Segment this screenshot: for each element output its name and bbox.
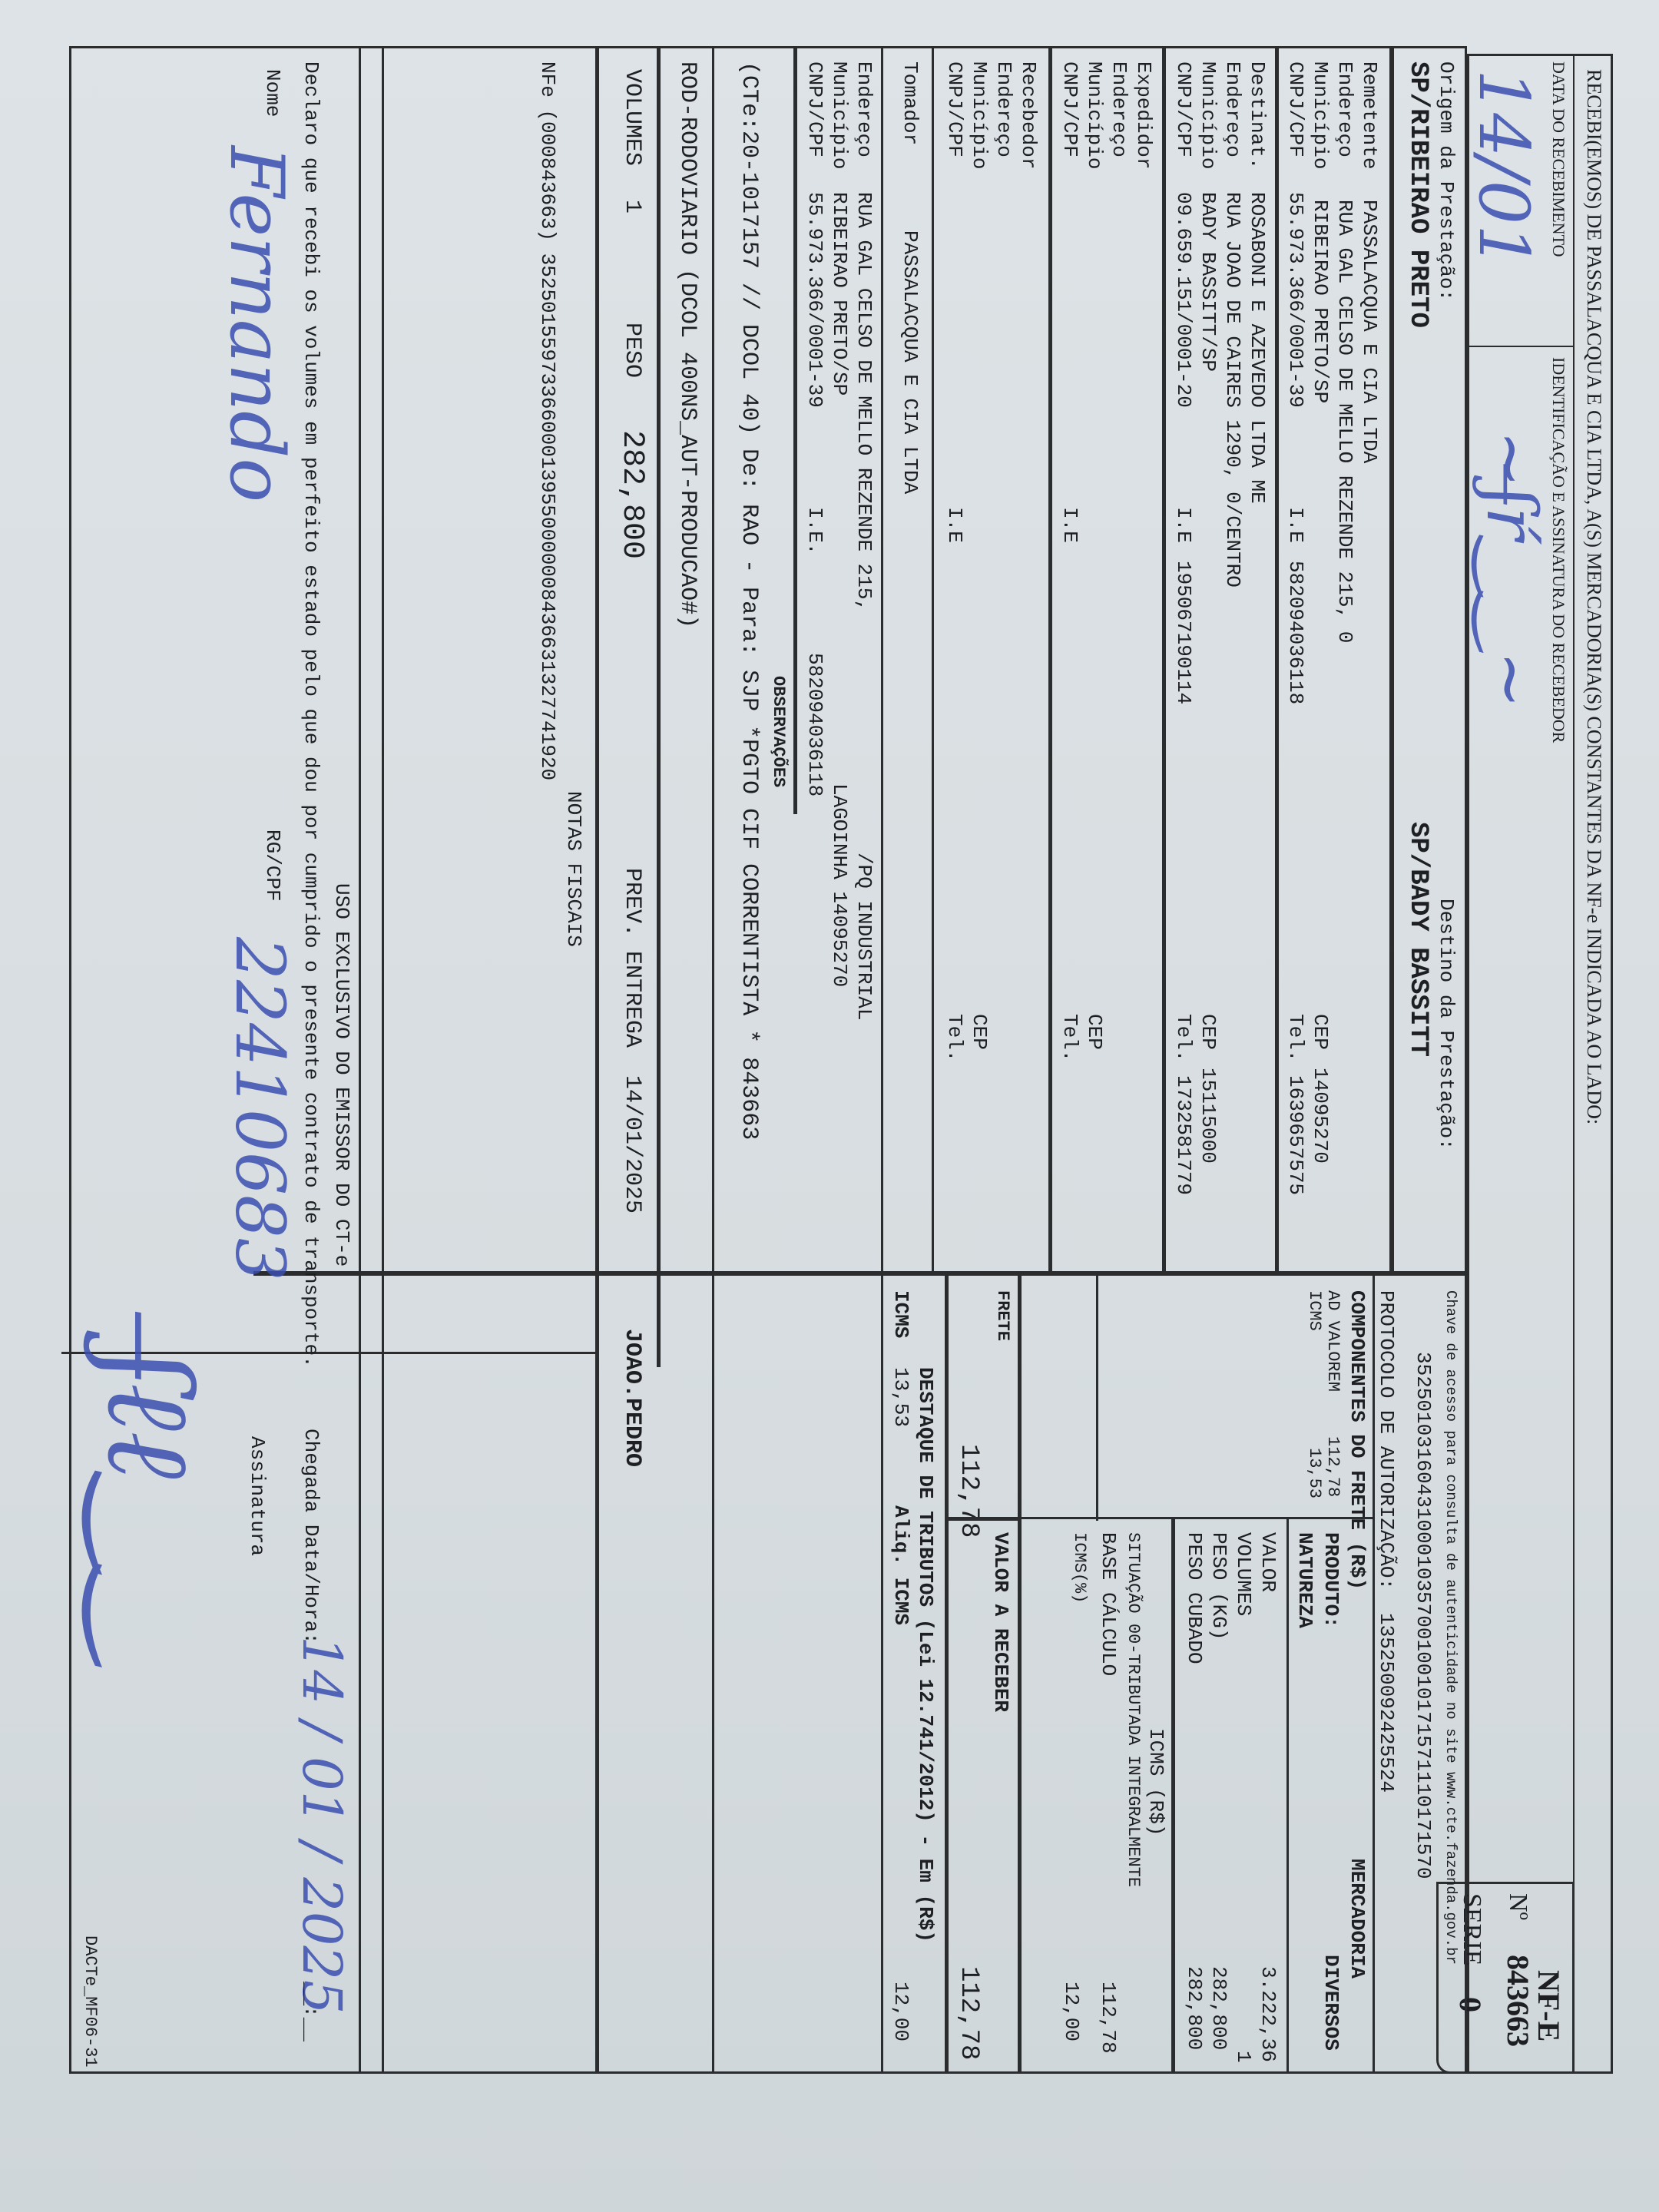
destination-label: Destino da Prestação: [1435, 899, 1458, 1151]
nfe-type: NF-E [1531, 1970, 1567, 2041]
frete-component-value: 112,78 [1323, 1436, 1343, 1497]
handwritten-rg: 22410683 [220, 937, 300, 1281]
handwritten-name: Fernando [214, 146, 300, 502]
handwritten-receipt-date: 14/01 [1463, 69, 1544, 268]
destinatario-cep: 15115000 [1197, 1068, 1220, 1164]
icms-base-value: 112,78 [1097, 1982, 1120, 2054]
destinatario-address-label: Endereço [1221, 61, 1244, 157]
tomador-district-cep: LAGOINHA 14095270 [828, 783, 851, 987]
remetente-address: RUA GAL CELSO DE MELLO REZENDE 215, 0 [1333, 200, 1356, 643]
natureza-label: NATUREZA [1293, 1532, 1316, 1628]
expedidor-cep-label: CEP [1083, 1014, 1106, 1050]
peso-cubado-value: 282,800 [1183, 1966, 1206, 2050]
name-label: Nome [261, 69, 284, 117]
icms-situacao: SITUAÇÃO 00-TRIBUTADA INTEGRALMENTE [1124, 1532, 1143, 1887]
remetente-ie-label: I.E [1284, 507, 1307, 543]
tomador-address-label: Endereço [853, 61, 876, 157]
access-key: 3525010316043100010357001001017157111017… [1412, 1352, 1435, 1879]
produto-value: DIVERSOS [1320, 1955, 1343, 2051]
access-key-label: Chave de acesso para consulta de autenti… [1442, 1290, 1459, 1965]
expedidor-ie-label: I.E [1058, 507, 1081, 543]
expedidor-city-label: Município [1083, 61, 1106, 169]
remetente-cep-label: CEP [1309, 1014, 1332, 1050]
recebedor-address-label: Endereço [992, 61, 1015, 157]
observacoes-text: (CTe:20-1017157 // DCOL 40) De: RAO - Pa… [736, 61, 762, 1140]
icms-base-label: BASE CÁLCULO [1097, 1532, 1120, 1676]
tomador-city: RIBEIRAO PRETO/SP [828, 192, 851, 396]
tomador-city-label: Município [828, 61, 851, 169]
peso-label: PESO (KG) [1207, 1532, 1230, 1640]
expedidor-label: Expedidor [1132, 61, 1155, 169]
produto-label: PRODUTO: [1320, 1532, 1343, 1628]
expedidor-cnpj-label: CNPJ/CPF [1058, 61, 1081, 157]
observacoes-title: OBSERVAÇÕES [769, 676, 788, 787]
tomador-ie: 582094036118 [803, 653, 826, 796]
destinatario-city-label: Município [1197, 61, 1220, 169]
nfe-number-label: Nº [1503, 1893, 1532, 1920]
remetente-city-label: Município [1309, 61, 1332, 169]
handwritten-arrival-date: 14 / 01 / 2025 [290, 1636, 353, 2014]
receipt-header: RECEBI(EMOS) DE PASSALACQUA E CIA LTDA, … [1582, 69, 1605, 1124]
form-code: DACTe_MF06-31 [81, 1936, 100, 2068]
tomador-name: PASSALACQUA E CIA LTDA [899, 230, 922, 494]
tomador-cnpj-label: CNPJ/CPF [803, 61, 826, 157]
frete-value: 112,78 [954, 1444, 983, 1538]
remetente-city: RIBEIRAO PRETO/SP [1309, 200, 1332, 403]
recebedor-cep-label: CEP [968, 1014, 991, 1050]
volumes-label: VOLUMES [1232, 1532, 1255, 1616]
signature-label: Assinatura [246, 1436, 269, 1556]
remetente-label: Remetente [1358, 61, 1381, 169]
notas-fiscais-title: NOTAS FISCAIS [562, 791, 585, 947]
origin-label: Origem da Prestação: [1435, 61, 1458, 301]
declaration-text: Declaro que recebi os volumes em perfeit… [300, 61, 323, 1368]
frete-label: FRETE [993, 1290, 1012, 1341]
prev-entrega-value: 14/01/2025 [619, 1075, 645, 1214]
destinatario-tel-label: Tel. [1172, 1014, 1195, 1061]
prev-entrega-label: PREV. ENTREGA [619, 868, 645, 1048]
modal-volumes-label: VOLUMES [619, 69, 645, 166]
modal-peso-value: 282,800 [614, 430, 649, 559]
tomador-cnpj: 55.973.366/0001-39 [803, 192, 826, 408]
tomador-label: Tomador [899, 61, 922, 145]
frete-component-value: 13,53 [1305, 1448, 1324, 1498]
protocol-value: 135250092425524 [1375, 1613, 1398, 1793]
tributos-title: DESTAQUE DE TRIBUTOS (Lei 12.741/2012) -… [914, 1367, 937, 1942]
destinatario-tel: 1732581779 [1172, 1075, 1195, 1195]
destinatario-label: Destinat. [1246, 61, 1269, 169]
destinatario-address: RUA JOAO DE CAIRES 1290, 0/CENTRO [1221, 192, 1244, 588]
tributos-icms-label: ICMS [889, 1290, 912, 1338]
tomador-address: RUA GAL CELSO DE MELLO REZENDE 215, [853, 192, 876, 611]
protocol-label: PROTOCOLO DE AUTORIZAÇÃO: [1375, 1290, 1398, 1590]
peso-value: 282,800 [1207, 1966, 1230, 2050]
expedidor-address-label: Endereço [1108, 61, 1131, 157]
mercadoria-title: MERCADORIA [1346, 1859, 1369, 1979]
frete-component-label: AD VALOREM [1323, 1290, 1343, 1392]
nfe-number: 843663 [1500, 1955, 1536, 2047]
rg-cpf-label: RG/CPF [261, 829, 284, 902]
destinatario-ie-label: I.E [1172, 507, 1195, 543]
dacte-document: RECEBI(EMOS) DE PASSALACQUA E CIA LTDA, … [0, 0, 1659, 2212]
remetente-cep: 14095270 [1309, 1068, 1332, 1164]
frete-component-label: ICMS [1305, 1290, 1324, 1331]
remetente-tel: 1639657575 [1284, 1075, 1307, 1195]
remetente-cnpj: 55.973.366/0001-39 [1284, 192, 1307, 408]
remetente-name: PASSALACQUA E CIA LTDA [1358, 200, 1381, 463]
modal-text: ROD-RODOVIARIO (DCOL 400NS_AUT-PRODUCAO#… [674, 61, 700, 628]
tomador-ie-label: I.E. [803, 507, 826, 555]
handwritten-signature: ʃ̶ℓℓ‿‿ [81, 1352, 215, 1664]
receipt-signature: ~ʃ̶ŕ‿‿~ [1471, 430, 1551, 709]
nota-fiscal-item: NFe (000843663) 352501559733660001395500… [536, 61, 559, 780]
destinatario-name: ROSABONI E AZEVEDO LTDA ME [1246, 192, 1269, 504]
recebedor-city-label: Município [968, 61, 991, 169]
frete-components-title: COMPONENTES DO FRETE (R$) [1346, 1290, 1369, 1590]
destinatario-cnpj: 09.659.151/0001-20 [1172, 192, 1195, 408]
modal-peso-label: PESO [619, 323, 645, 378]
declaration-title: USO EXCLUSIVO DO EMISSOR DO CT-e [330, 883, 353, 1267]
recebedor-tel-label: Tel. [943, 1014, 966, 1061]
tributos-aliq-value: 12,00 [889, 1982, 912, 2041]
driver-name: JOAO.PEDRO [619, 1329, 645, 1467]
remetente-address-label: Endereço [1333, 61, 1356, 157]
icms-title: ICMS (R$) [1144, 1728, 1167, 1836]
arrival-label: Chegada Data/Hora: [300, 1429, 323, 1644]
destination-value: SP/BADY BASSITT [1403, 822, 1432, 1057]
modal-volumes-value: 1 [619, 200, 645, 214]
tributos-aliq-label: Aliq. ICMS [889, 1505, 912, 1625]
remetente-tel-label: Tel. [1284, 1014, 1307, 1061]
icms-aliquota-label: ICMS(%) [1070, 1532, 1089, 1603]
valor-receber-value: 112,78 [954, 1966, 983, 2060]
date-received-label: DATA DO RECEBIMENTO [1548, 61, 1568, 257]
arrival-time: __:__ [300, 1982, 323, 2041]
tributos-icms-value: 13,53 [889, 1367, 912, 1427]
tomador-address-compl: /PQ INDUSTRIAL [853, 853, 876, 1020]
origin-value: SP/RIBEIRAO PRETO [1403, 61, 1432, 328]
destinatario-city: BADY BASSITT/SP [1197, 192, 1220, 372]
recebedor-label: Recebedor [1017, 61, 1040, 169]
peso-cubado-label: PESO CUBADO [1183, 1532, 1206, 1664]
remetente-cnpj-label: CNPJ/CPF [1284, 61, 1307, 157]
destinatario-ie: 195067190114 [1172, 561, 1195, 704]
valor-receber-label: VALOR A RECEBER [989, 1532, 1012, 1712]
valor-label: VALOR [1257, 1532, 1280, 1592]
volumes-value: 1 [1232, 2051, 1255, 2063]
valor-value: 3.222,36 [1257, 1966, 1280, 2062]
recebedor-cnpj-label: CNPJ/CPF [943, 61, 966, 157]
remetente-ie: 582094036118 [1284, 561, 1307, 704]
destinatario-cep-label: CEP [1197, 1014, 1220, 1050]
icms-aliquota-value: 12,00 [1060, 1982, 1083, 2041]
destinatario-cnpj-label: CNPJ/CPF [1172, 61, 1195, 157]
recebedor-ie-label: I.E [943, 507, 966, 543]
expedidor-tel-label: Tel. [1058, 1014, 1081, 1061]
